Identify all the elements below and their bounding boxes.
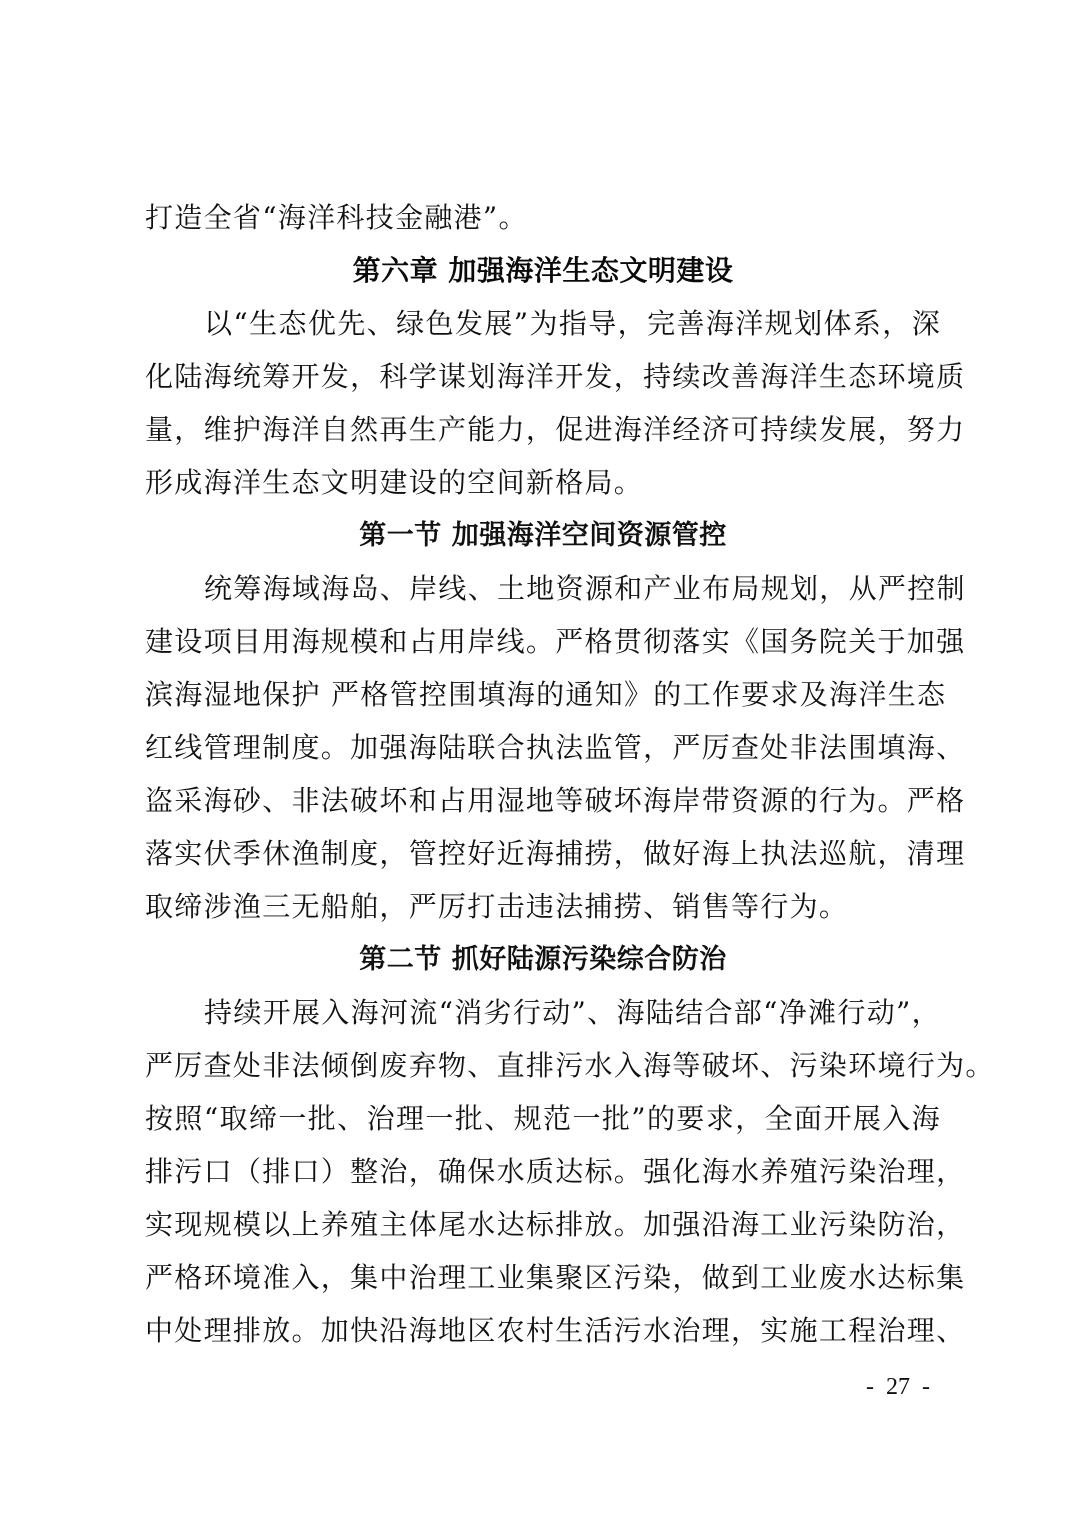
text-line: 落实伏季休渔制度，管控好近海捕捞，做好海上执法巡航，清理 <box>145 827 941 880</box>
text-line: 统筹海域海岛、岸线、土地资源和产业布局规划，从严控制 <box>145 562 941 615</box>
continuation-paragraph: 打造全省“海洋科技金融港”。 <box>145 191 941 244</box>
text-line: 中处理排放。加快沿海地区农村生活污水治理，实施工程治理、 <box>145 1304 941 1357</box>
text-line: 排污口（排口）整治，确保水质达标。强化海水养殖污染治理， <box>145 1145 941 1198</box>
text-line: 实现规模以上养殖主体尾水达标排放。加强沿海工业污染防治， <box>145 1198 941 1251</box>
text-line: 形成海洋生态文明建设的空间新格局。 <box>145 456 941 509</box>
text-line: 严格环境准入，集中治理工业集聚区污染，做到工业废水达标集 <box>145 1251 941 1304</box>
chapter-intro-paragraph: 以“生态优先、绿色发展”为指导，完善海洋规划体系，深 化陆海统筹开发，科学谋划海… <box>145 297 941 509</box>
text-line: 建设项目用海规模和占用岸线。严格贯彻落实《国务院关于加强 <box>145 615 941 668</box>
section-2-paragraph: 持续开展入海河流“消劣行动”、海陆结合部“净滩行动”， 严厉查处非法倾倒废弃物、… <box>145 986 941 1357</box>
text-line: 取缔涉渔三无船舶，严厉打击违法捕捞、销售等行为。 <box>145 880 941 933</box>
text-line: 化陆海统筹开发，科学谋划海洋开发，持续改善海洋生态环境质 <box>145 350 941 403</box>
text-line: 按照“取缔一批、治理一批、规范一批”的要求，全面开展入海 <box>145 1092 941 1145</box>
text-line: 滨海湿地保护 严格管控围填海的通知》的工作要求及海洋生态 <box>145 668 941 721</box>
section-title-1: 第一节 加强海洋空间资源管控 <box>145 509 941 562</box>
section-1-paragraph: 统筹海域海岛、岸线、土地资源和产业布局规划，从严控制 建设项目用海规模和占用岸线… <box>145 562 941 933</box>
text-line: 持续开展入海河流“消劣行动”、海陆结合部“净滩行动”， <box>145 986 941 1039</box>
chapter-title: 第六章 加强海洋生态文明建设 <box>145 244 941 297</box>
text-line: 盗采海砂、非法破坏和占用湿地等破坏海岸带资源的行为。严格 <box>145 774 941 827</box>
document-page: 打造全省“海洋科技金融港”。 第六章 加强海洋生态文明建设 以“生态优先、绿色发… <box>145 191 941 1357</box>
section-title-2: 第二节 抓好陆源污染综合防治 <box>145 933 941 986</box>
text-line: 红线管理制度。加强海陆联合执法监管，严厉查处非法围填海、 <box>145 721 941 774</box>
text-line: 量，维护海洋自然再生产能力，促进海洋经济可持续发展，努力 <box>145 403 941 456</box>
text-line: 严厉查处非法倾倒废弃物、直排污水入海等破坏、污染环境行为。 <box>145 1039 941 1092</box>
page-number: - 27 - <box>866 1372 930 1402</box>
text-line: 打造全省“海洋科技金融港”。 <box>145 191 941 244</box>
text-line: 以“生态优先、绿色发展”为指导，完善海洋规划体系，深 <box>145 297 941 350</box>
